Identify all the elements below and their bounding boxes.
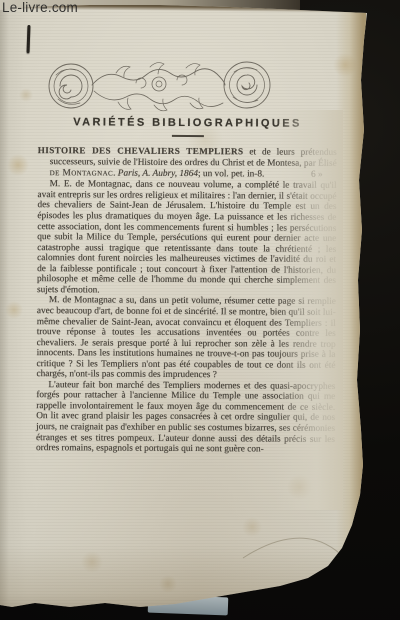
entry-title: HISTOIRE DES CHEVALIERS TEMPLIERS [38, 145, 244, 156]
headpiece-ornament-icon [46, 55, 272, 115]
heading-rule [171, 135, 203, 137]
bibliographic-entry: HISTOIRE DES CHEVALIERS TEMPLIERS et de … [38, 145, 337, 180]
entry-format: ; un vol. pet. in-8. [198, 169, 264, 179]
entry-imprint: Paris, A. Aubry, 1864 [118, 168, 198, 178]
section-heading: VARIÉTÉS BIBLIOGRAPHIQUES [38, 116, 337, 130]
photo-background: { "watermark": "Le-livre.com", "colors":… [0, 0, 400, 620]
watermark: Le-livre.com [2, 0, 78, 15]
entry-price: 6 » [311, 169, 323, 180]
entry-author: de Montagnac [50, 168, 113, 178]
body-paragraph: L'auteur fait bon marché des Templiers m… [36, 380, 335, 456]
paper-crease [235, 510, 360, 585]
body-paragraph: M. de Montagnac a su, dans un petit volu… [36, 295, 336, 381]
body-paragraph: M. E. de Montagnac, dans ce nouveau volu… [37, 179, 337, 297]
scanned-page: VARIÉTÉS BIBLIOGRAPHIQUES HISTOIRE DES C… [0, 0, 400, 620]
page-content: VARIÉTÉS BIBLIOGRAPHIQUES HISTOIRE DES C… [36, 116, 337, 455]
ink-mark [27, 25, 31, 53]
